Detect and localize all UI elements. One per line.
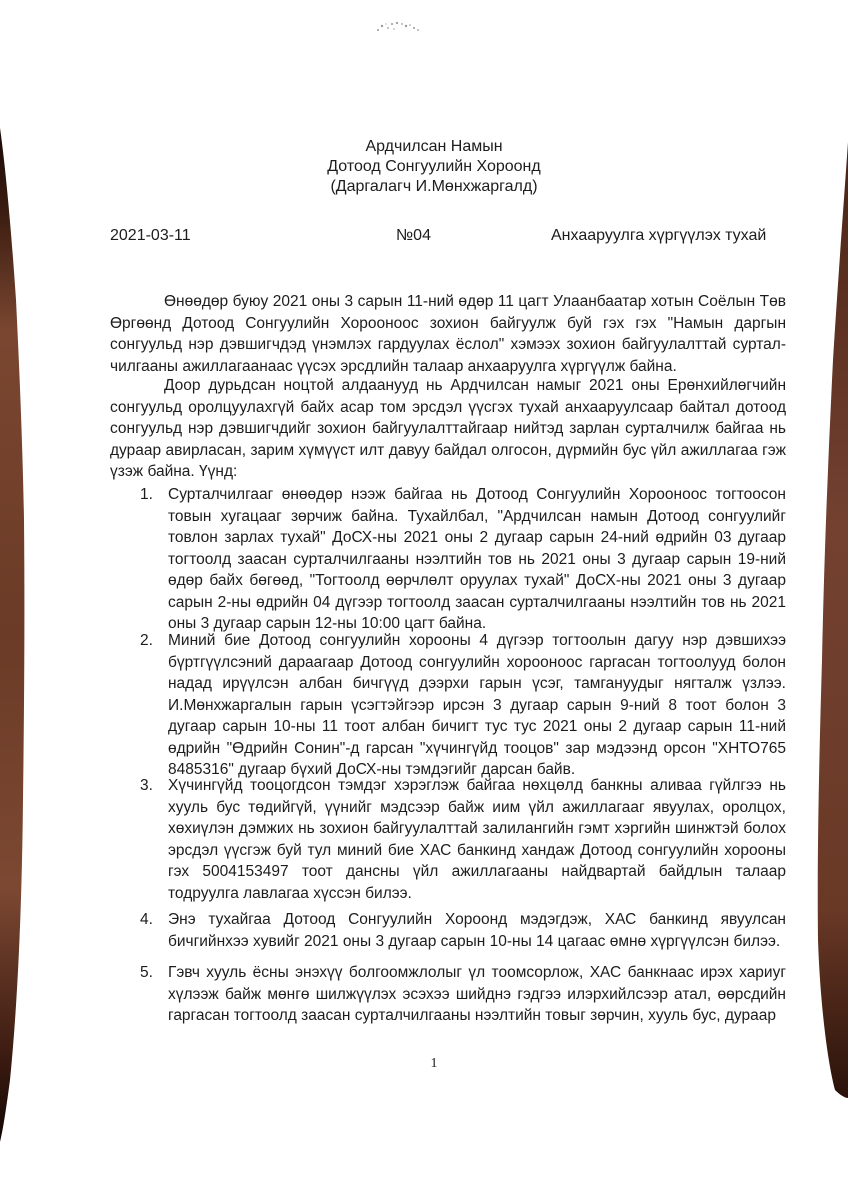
addressee-header: Ардчилсан Намын Дотоод Сонгуулийн Хороон… xyxy=(0,137,848,197)
list-item: 4. Энэ тухайгаа Дотоод Сонгуулийн Хороон… xyxy=(140,909,786,952)
list-item-text: Сурталчилгааг өнөөдөр нээж байгаа нь Дот… xyxy=(168,484,786,635)
addressee-chair: (Даргалагч И.Мөнхжаргалд) xyxy=(20,177,848,197)
list-item-number: 2. xyxy=(140,630,166,652)
list-item-text: Гэвч хууль ёсны энэхүү болгоомжлолыг үл … xyxy=(168,962,786,1027)
context-paragraph: Доор дурьдсан ноцтой алдаанууд нь Ардчил… xyxy=(110,375,786,483)
list-item-number: 1. xyxy=(140,484,166,506)
ink-smudge-mark xyxy=(372,14,424,36)
list-item-text: Энэ тухайгаа Дотоод Сонгуулийн Хороонд м… xyxy=(168,909,786,952)
addressee-party: Ардчилсан Намын xyxy=(20,137,848,157)
list-item: 1. Сурталчилгааг өнөөдөр нээж байгаа нь … xyxy=(140,484,786,635)
list-item: 5. Гэвч хууль ёсны энэхүү болгоомжлолыг … xyxy=(140,962,786,1027)
document-date: 2021-03-11 xyxy=(110,226,191,246)
list-item: 3. Хүчингүйд тооцогдсон тэмдэг хэрэглэж … xyxy=(140,775,786,904)
list-item-text: Хүчингүйд тооцогдсон тэмдэг хэрэглэж бай… xyxy=(168,775,786,904)
list-item-number: 5. xyxy=(140,962,166,984)
list-item-number: 4. xyxy=(140,909,166,931)
document-subject: Анхааруулга хүргүүлэх тухай xyxy=(551,226,766,246)
addressee-committee: Дотоод Сонгуулийн Хороонд xyxy=(20,157,848,177)
list-item-text: Миний бие Дотоод сонгуулийн хорооны 4 дү… xyxy=(168,630,786,781)
list-item-number: 3. xyxy=(140,775,166,797)
intro-paragraph: Өнөөдөр буюу 2021 оны 3 сарын 11-ний өдө… xyxy=(110,291,786,377)
page-number: 1 xyxy=(10,1056,848,1072)
document-number: №04 xyxy=(396,226,431,246)
list-item: 2. Миний бие Дотоод сонгуулийн хорооны 4… xyxy=(140,630,786,781)
